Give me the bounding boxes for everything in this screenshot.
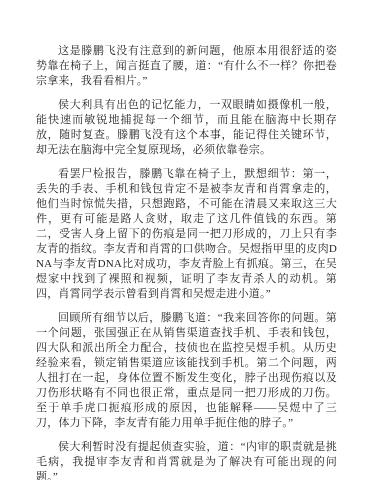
page-text: 这是滕鹏飞没有注意到的新问题，他原本用很舒适的姿势靠在椅子上，闻言挺直了腰，道：… <box>36 44 337 480</box>
paragraph: 看罢尸检报告，滕鹏飞靠在椅子上，默想细节：第一，丢失的手表、手机和钱包肯定不是被… <box>36 167 337 302</box>
paragraph: 侯大利具有出色的记忆能力，一双眼睛如摄像机一般，能快速而敏锐地捕捉每一个细节，而… <box>36 98 337 158</box>
ebook-page: 这是滕鹏飞没有注意到的新问题，他原本用很舒适的姿势靠在椅子上，闻言挺直了腰，道：… <box>0 0 370 480</box>
paragraph: 回顾所有细节以后，滕鹏飞道：“我来回答你的问题。第一个问题，张国强正在从销售渠道… <box>36 311 337 431</box>
paragraph: 这是滕鹏飞没有注意到的新问题，他原本用很舒适的姿势靠在椅子上，闻言挺直了腰，道：… <box>36 44 337 89</box>
paragraph: 侯大利暂时没有提起侦查实验，道：“内审的职责就是挑毛病，我提审李友青和肖霄就是为… <box>36 440 337 480</box>
